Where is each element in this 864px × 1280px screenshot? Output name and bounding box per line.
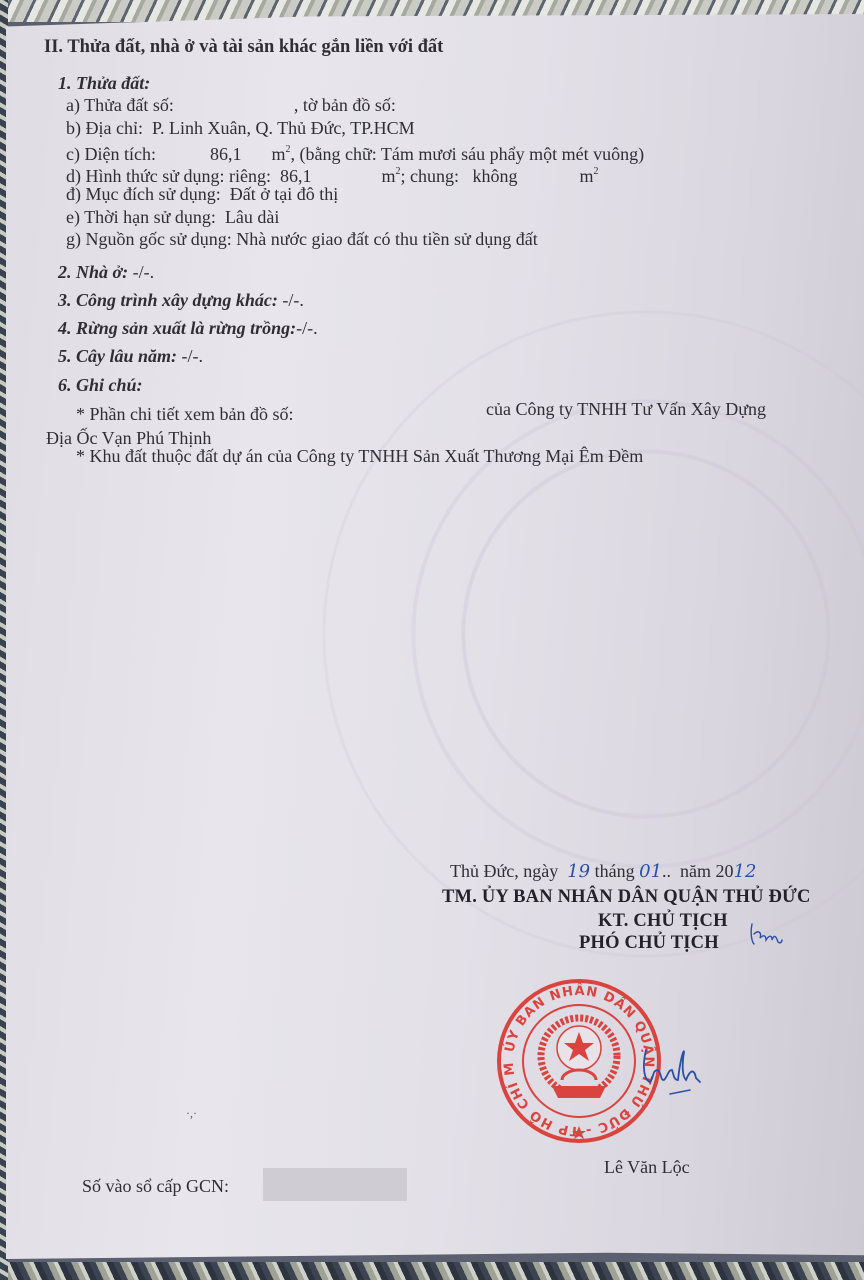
address-row: b) Địa chỉ: P. Linh Xuân, Q. Thủ Đức, TP… [66,117,415,139]
other-construction-value: -/-. [282,290,304,310]
address-value: P. Linh Xuân, Q. Thủ Đức, TP.HCM [152,118,415,138]
other-construction-row: 3. Công trình xây dựng khác: -/-. [58,289,304,311]
address-label: b) Địa chỉ: [66,118,143,138]
map-sheet-label: , tờ bản đồ số: [294,95,396,115]
role-acting-chairman: KT. CHỦ TỊCH [598,910,728,932]
purpose-label: đ) Mục đích sử dụng: [66,184,221,204]
production-forest-heading: 4. Rừng sản xuất là rừng trồng: [58,318,296,338]
purpose-value: Đất ở tại đô thị [230,184,339,204]
term-label: e) Thời hạn sử dụng: [66,207,216,227]
term-value: Lâu dài [225,207,279,227]
shared-unit: m [580,166,594,186]
shared-unit-superscript: 2 [594,166,599,177]
purpose-row: đ) Mục đích sử dụng: Đất ở tại đô thị [66,183,338,205]
registry-number-redacted [263,1168,407,1201]
registry-label: Số vào sổ cấp GCN: [82,1175,229,1197]
other-construction-heading: 3. Công trình xây dựng khác: [58,290,278,310]
perennial-trees-heading: 5. Cây lâu năm: [58,346,177,366]
background-bottom [0,1262,864,1280]
place-date-row: Thủ Đức, ngày 19 tháng 01.. năm 2012 [450,860,756,883]
section-heading: II. Thửa đất, nhà ở và tài sản khác gắn … [44,36,443,58]
shared-value: không [473,166,518,186]
month-label: tháng [595,861,635,881]
official-seal: ỦY BAN NHÂN DÂN QUẬN THỦ ĐỨC - TP HỒ CHÍ… [494,976,664,1146]
house-heading: 2. Nhà ở: [58,262,128,282]
authority-title: TM. ỦY BAN NHÂN DÂN QUẬN THỦ ĐỨC [442,886,811,908]
origin-value: Nhà nước giao đất có thu tiền sử dụng đấ… [236,229,537,249]
perennial-trees-value: -/-. [182,346,204,366]
role-vice-chairman: PHÓ CHỦ TỊCH [579,932,719,954]
place-date-prefix: Thủ Đức, ngày [450,861,558,881]
shared-label: ; chung: [401,166,460,186]
notes-heading: 6. Ghi chú: [58,374,143,396]
note-1-suffix: của Công ty TNHH Tư Vấn Xây Dựng [486,398,766,420]
note-2: * Khu đất thuộc đất dự án của Công ty TN… [76,445,643,467]
origin-row: g) Nguồn gốc sử dụng: Nhà nước giao đất … [66,228,538,250]
origin-label: g) Nguồn gốc sử dụng: [66,229,232,249]
paper-specks: ·,· [186,1106,197,1121]
note-1-prefix: * Phần chi tiết xem bản đồ số: [76,403,293,425]
year-label: năm 20 [680,861,734,881]
parcel-number-label: a) Thửa đất số: [66,95,174,115]
production-forest-row: 4. Rừng sản xuất là rừng trồng:-/-. [58,317,318,339]
perennial-trees-row: 5. Cây lâu năm: -/-. [58,345,203,367]
handwritten-initials [748,920,788,950]
signer-name: Lê Văn Lộc [604,1156,690,1178]
month-handwritten: 01 [639,861,662,882]
house-row: 2. Nhà ở: -/-. [58,261,154,283]
signature [640,1040,720,1100]
day-handwritten: 19 [567,861,590,882]
production-forest-value: -/-. [296,318,318,338]
house-value: -/-. [133,262,155,282]
term-row: e) Thời hạn sử dụng: Lâu dài [66,206,279,228]
land-parcel-heading: 1. Thửa đất: [58,72,150,94]
private-area-unit: m [382,166,396,186]
parcel-number-row: a) Thửa đất số:, tờ bản đồ số: [66,94,396,116]
year-handwritten: 12 [734,861,757,882]
